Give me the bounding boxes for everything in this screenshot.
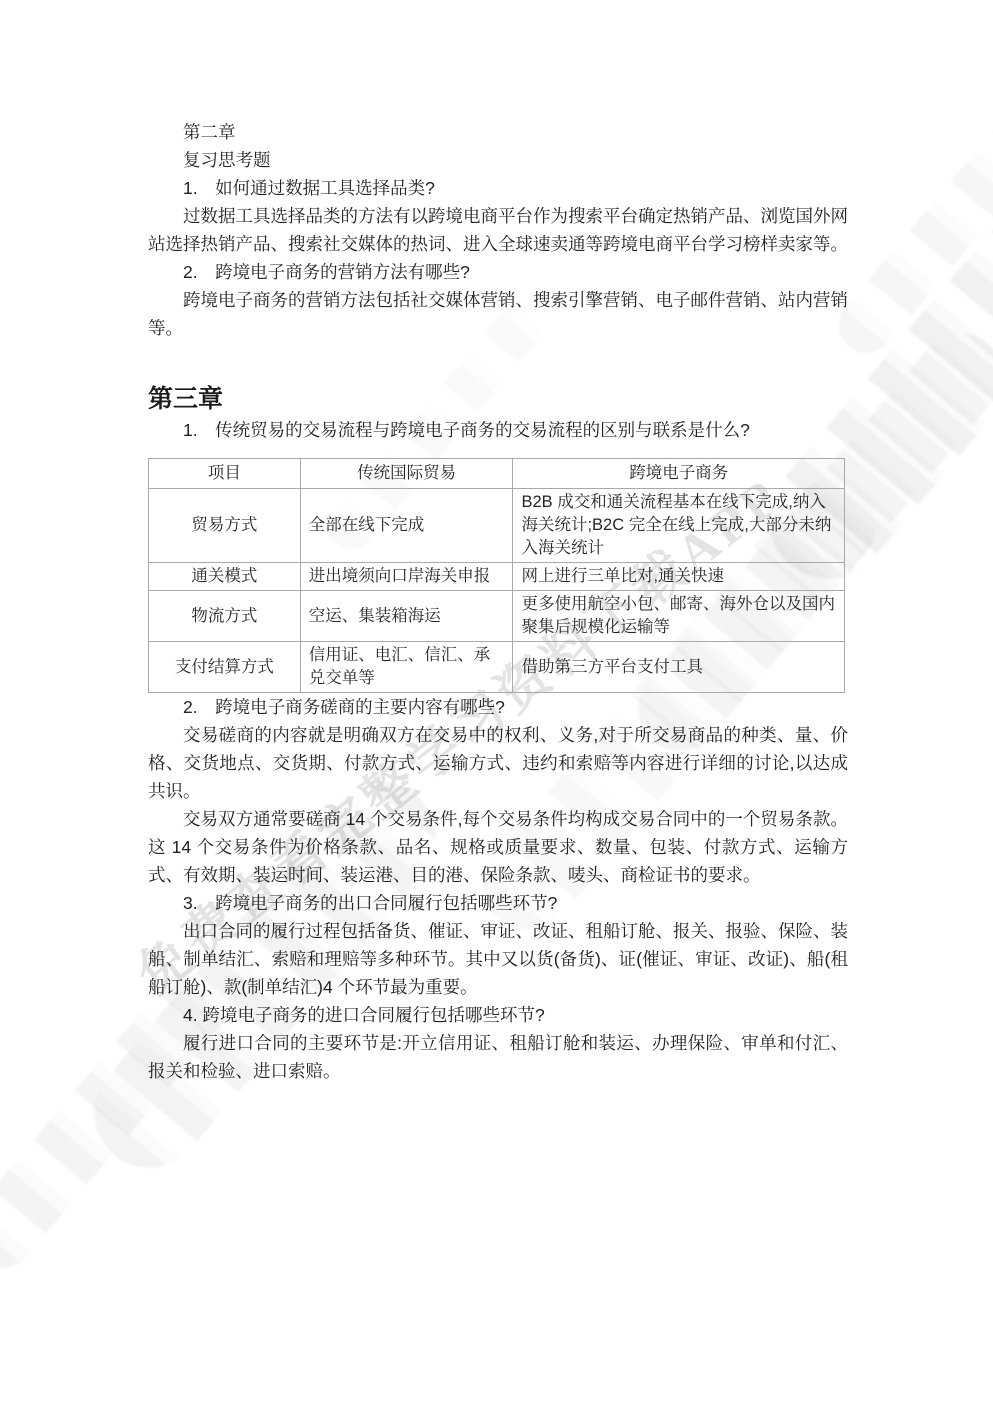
- table-row: 物流方式 空运、集装箱海运 更多使用航空小包、邮寄、海外仓以及国内聚集后规模化运…: [149, 591, 845, 642]
- table-header-cross-border-ecommerce: 跨境电子商务: [513, 459, 845, 489]
- chapter3-answer-3: 出口合同的履行过程包括备货、催证、审证、改证、租船订舱、报关、报验、保险、装船、…: [148, 917, 848, 1001]
- chapter2-answer-1: 过数据工具选择品类的方法有以跨境电商平台作为搜索平台确定热销产品、浏览国外网站选…: [148, 202, 848, 258]
- document-page: 免费查看完整学习资料下载APP 第二章 复习思考题 1. 如何通过数据工具选择品…: [0, 0, 993, 1404]
- table-header-row: 项目 传统国际贸易 跨境电子商务: [149, 459, 845, 489]
- brush-stroke: [827, 0, 993, 365]
- table-cell: 支付结算方式: [149, 642, 301, 693]
- table-cell: 更多使用航空小包、邮寄、海外仓以及国内聚集后规模化运输等: [513, 591, 845, 642]
- document-content: 第二章 复习思考题 1. 如何通过数据工具选择品类? 过数据工具选择品类的方法有…: [148, 0, 848, 1085]
- chapter3-answer-2-paragraph-2: 交易双方通常要磋商 14 个交易条件,每个交易条件均构成交易合同中的一个贸易条款…: [148, 805, 848, 889]
- table-cell: B2B 成交和通关流程基本在线下完成,纳入海关统计;B2C 完全在线上完成,大部…: [513, 489, 845, 563]
- table-cell: 全部在线下完成: [300, 489, 513, 563]
- review-questions-label: 复习思考题: [148, 146, 848, 174]
- chapter3-answer-4: 履行进口合同的主要环节是:开立信用证、租船订舱和装运、办理保险、审单和付汇、报关…: [148, 1029, 848, 1085]
- table-row: 通关模式 进出境须向口岸海关申报 网上进行三单比对,通关快速: [149, 563, 845, 591]
- chapter2-answer-2: 跨境电子商务的营销方法包括社交媒体营销、搜索引擎营销、电子邮件营销、站内营销等。: [148, 286, 848, 342]
- table-cell: 借助第三方平台支付工具: [513, 642, 845, 693]
- table-header-traditional-trade: 传统国际贸易: [300, 459, 513, 489]
- table-cell: 空运、集装箱海运: [300, 591, 513, 642]
- table-cell: 网上进行三单比对,通关快速: [513, 563, 845, 591]
- chapter3-question-1: 1. 传统贸易的交易流程与跨境电子商务的交易流程的区别与联系是什么?: [148, 416, 848, 444]
- table-header-item: 项目: [149, 459, 301, 489]
- table-row: 贸易方式 全部在线下完成 B2B 成交和通关流程基本在线下完成,纳入海关统计;B…: [149, 489, 845, 563]
- chapter3-title: 第三章: [148, 382, 848, 416]
- chapter2-question-2: 2. 跨境电子商务的营销方法有哪些?: [148, 258, 848, 286]
- table-cell: 贸易方式: [149, 489, 301, 563]
- chapter3-question-4: 4. 跨境电子商务的进口合同履行包括哪些环节?: [148, 1001, 848, 1029]
- chapter3-answer-2-paragraph-1: 交易磋商的内容就是明确双方在交易中的权利、义务,对于所交易商品的种类、量、价格、…: [148, 721, 848, 805]
- comparison-table: 项目 传统国际贸易 跨境电子商务 贸易方式 全部在线下完成 B2B 成交和通关流…: [148, 458, 845, 693]
- table-cell: 信用证、电汇、信汇、承兑交单等: [300, 642, 513, 693]
- table-cell: 进出境须向口岸海关申报: [300, 563, 513, 591]
- chapter3-question-2: 2. 跨境电子商务磋商的主要内容有哪些?: [148, 693, 848, 721]
- chapter3-question-3: 3. 跨境电子商务的出口合同履行包括哪些环节?: [148, 889, 848, 917]
- table-row: 支付结算方式 信用证、电汇、信汇、承兑交单等 借助第三方平台支付工具: [149, 642, 845, 693]
- chapter2-title: 第二章: [148, 118, 848, 146]
- chapter2-question-1: 1. 如何通过数据工具选择品类?: [148, 174, 848, 202]
- table-cell: 物流方式: [149, 591, 301, 642]
- table-cell: 通关模式: [149, 563, 301, 591]
